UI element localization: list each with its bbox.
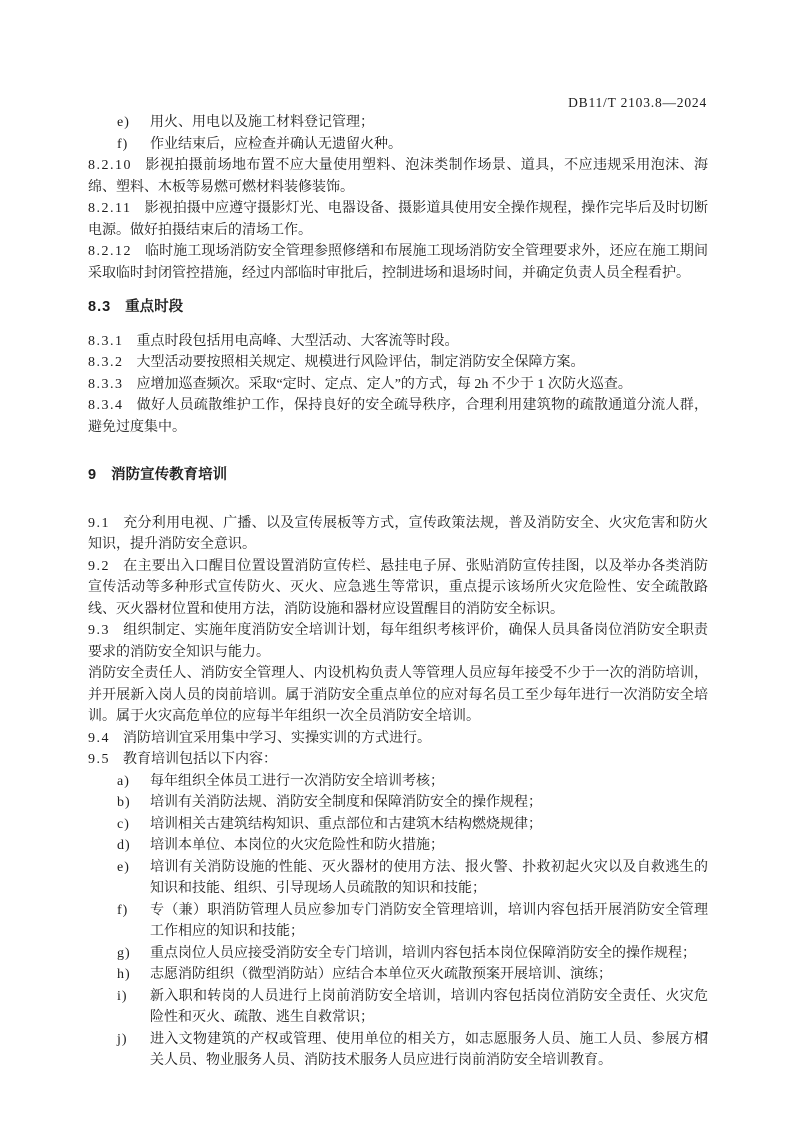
paragraph-text: 教育培训包括以下内容： bbox=[123, 752, 277, 767]
list-item-marker: j) bbox=[117, 1029, 150, 1072]
clause-number: 9.3 bbox=[88, 623, 110, 638]
list-item-text: 进入文物建筑的产权或管理、使用单位的相关方，如志愿服务人员、施工人员、参展方相关… bbox=[150, 1029, 708, 1072]
page-footer: 7 bbox=[702, 1027, 708, 1049]
page-number: 7 bbox=[702, 1030, 708, 1044]
paragraph: 9.3组织制定、实施年度消防安全培训计划，每年组织考核评价，确保人员具备岗位消防… bbox=[88, 620, 708, 663]
section-heading: 8.3重点时段 bbox=[88, 297, 708, 319]
paragraph-text: 在主要出入口醒目位置设置消防宣传栏、悬挂电子屏、张贴消防宣传挂图，以及举办各类消… bbox=[88, 559, 708, 617]
list-item-text: 新入职和转岗的人员进行上岗前消防安全培训，培训内容包括岗位消防安全责任、火灾危险… bbox=[150, 986, 708, 1029]
list-item: d)培训本单位、本岗位的火灾危险性和防火措施； bbox=[88, 835, 708, 857]
list-item: h)志愿消防组织（微型消防站）应结合本单位灭火疏散预案开展培训、演练； bbox=[88, 964, 708, 986]
list-item-marker: e) bbox=[117, 857, 150, 900]
paragraph: 8.3.2大型活动要按照相关规定、规模进行风险评估，制定消防安全保障方案。 bbox=[88, 352, 708, 374]
paragraph-text: 重点时段 bbox=[125, 299, 183, 315]
paragraph: 9.4消防培训宜采用集中学习、实操实训的方式进行。 bbox=[88, 728, 708, 750]
paragraph-text: 组织制定、实施年度消防安全培训计划，每年组织考核评价，确保人员具备岗位消防安全职… bbox=[88, 623, 708, 660]
paragraph-text: 消防安全责任人、消防安全管理人、内设机构负责人等管理人员应每年接受不少于一次的消… bbox=[88, 666, 708, 724]
list-item-marker: i) bbox=[117, 986, 150, 1029]
clause-number: 8.2.12 bbox=[88, 244, 132, 259]
list-item-text: 每年组织全体员工进行一次消防安全培训考核； bbox=[150, 771, 708, 793]
list-item-text: 作业结束后，应检查并确认无遗留火种。 bbox=[150, 134, 708, 156]
list-item: b)培训有关消防法规、消防安全制度和保障消防安全的操作规程； bbox=[88, 792, 708, 814]
paragraph-text: 大型活动要按照相关规定、规模进行风险评估，制定消防安全保障方案。 bbox=[137, 355, 585, 370]
list-item-marker: h) bbox=[117, 964, 150, 986]
list-item-text: 重点岗位人员应接受消防安全专门培训，培训内容包括本岗位保障消防安全的操作规程； bbox=[150, 943, 708, 965]
list-item: e)用火、用电以及施工材料登记管理； bbox=[88, 112, 708, 134]
list-item: a)每年组织全体员工进行一次消防安全培训考核； bbox=[88, 771, 708, 793]
list-item-text: 专（兼）职消防管理人员应参加专门消防安全管理培训，培训内容包括开展消防安全管理工… bbox=[150, 900, 708, 943]
clause-number: 9.4 bbox=[88, 731, 110, 746]
document-content: e)用火、用电以及施工材料登记管理；f)作业结束后，应检查并确认无遗留火种。8.… bbox=[88, 112, 708, 1072]
paragraph: 8.3.3应增加巡查频次。采取“定时、定点、定人”的方式，每 2h 不少于 1 … bbox=[88, 374, 708, 396]
paragraph: 9.2在主要出入口醒目位置设置消防宣传栏、悬挂电子屏、张贴消防宣传挂图，以及举办… bbox=[88, 556, 708, 621]
paragraph: 9.5教育培训包括以下内容： bbox=[88, 749, 708, 771]
clause-number: 8.2.11 bbox=[88, 201, 131, 216]
paragraph: 8.3.4做好人员疏散维护工作，保持良好的安全疏导秩序，合理利用建筑物的疏散通道… bbox=[88, 395, 708, 438]
page-header: DB11/T 2103.8—2024 bbox=[568, 92, 707, 114]
clause-number: 9 bbox=[88, 467, 97, 483]
list-item-text: 培训有关消防设施的性能、灭火器材的使用方法、报火警、扑救初起火灾以及自救逃生的知… bbox=[150, 857, 708, 900]
list-item: i)新入职和转岗的人员进行上岗前消防安全培训，培训内容包括岗位消防安全责任、火灾… bbox=[88, 986, 708, 1029]
section-heading: 9消防宣传教育培训 bbox=[88, 465, 708, 487]
list-item-marker: f) bbox=[117, 134, 150, 156]
clause-number: 9.5 bbox=[88, 752, 110, 767]
paragraph: 8.3.1重点时段包括用电高峰、大型活动、大客流等时段。 bbox=[88, 331, 708, 353]
list-item-marker: c) bbox=[117, 814, 150, 836]
list-item-text: 培训有关消防法规、消防安全制度和保障消防安全的操作规程； bbox=[150, 792, 708, 814]
paragraph-text: 影视拍摄前场地布置不应大量使用塑料、泡沫类制作场景、道具，不应违规采用泡沫、海绵… bbox=[88, 158, 708, 195]
paragraph-text: 重点时段包括用电高峰、大型活动、大客流等时段。 bbox=[137, 334, 459, 349]
paragraph-text: 影视拍摄中应遵守摄影灯光、电器设备、摄影道具使用安全操作规程，操作完毕后及时切断… bbox=[88, 201, 708, 238]
list-item-marker: b) bbox=[117, 792, 150, 814]
list-item-marker: g) bbox=[117, 943, 150, 965]
paragraph: 9.1充分利用电视、广播、以及宣传展板等方式，宣传政策法规，普及消防安全、火灾危… bbox=[88, 513, 708, 556]
list-item: f)专（兼）职消防管理人员应参加专门消防安全管理培训，培训内容包括开展消防安全管… bbox=[88, 900, 708, 943]
clause-number: 8.3.1 bbox=[88, 334, 124, 349]
paragraph-text: 消防宣传教育培训 bbox=[111, 467, 227, 483]
paragraph-text: 充分利用电视、广播、以及宣传展板等方式，宣传政策法规，普及消防安全、火灾危害和防… bbox=[88, 516, 708, 553]
list-item: f)作业结束后，应检查并确认无遗留火种。 bbox=[88, 134, 708, 156]
list-item-text: 培训相关古建筑结构知识、重点部位和古建筑木结构燃烧规律； bbox=[150, 814, 708, 836]
clause-number: 8.3 bbox=[88, 299, 111, 315]
paragraph: 消防安全责任人、消防安全管理人、内设机构负责人等管理人员应每年接受不少于一次的消… bbox=[88, 663, 708, 728]
clause-number: 9.2 bbox=[88, 559, 110, 574]
paragraph: 8.2.10影视拍摄前场地布置不应大量使用塑料、泡沫类制作场景、道具，不应违规采… bbox=[88, 155, 708, 198]
list-item-marker: a) bbox=[117, 771, 150, 793]
standard-number: DB11/T 2103.8—2024 bbox=[568, 95, 707, 110]
clause-number: 9.1 bbox=[88, 516, 110, 531]
clause-number: 8.2.10 bbox=[88, 158, 132, 173]
paragraph-text: 消防培训宜采用集中学习、实操实训的方式进行。 bbox=[123, 731, 431, 746]
paragraph: 8.2.11影视拍摄中应遵守摄影灯光、电器设备、摄影道具使用安全操作规程，操作完… bbox=[88, 198, 708, 241]
clause-number: 8.3.4 bbox=[88, 398, 124, 413]
list-item-marker: d) bbox=[117, 835, 150, 857]
list-item: e)培训有关消防设施的性能、灭火器材的使用方法、报火警、扑救初起火灾以及自救逃生… bbox=[88, 857, 708, 900]
list-item-marker: f) bbox=[117, 900, 150, 943]
list-item-text: 培训本单位、本岗位的火灾危险性和防火措施； bbox=[150, 835, 708, 857]
paragraph: 8.2.12临时施工现场消防安全管理参照修缮和布展施工现场消防安全管理要求外，还… bbox=[88, 241, 708, 284]
list-item-marker: e) bbox=[117, 112, 150, 134]
document-page: DB11/T 2103.8—2024 e)用火、用电以及施工材料登记管理；f)作… bbox=[0, 0, 793, 1123]
paragraph-text: 应增加巡查频次。采取“定时、定点、定人”的方式，每 2h 不少于 1 次防火巡查… bbox=[137, 377, 632, 392]
clause-number: 8.3.3 bbox=[88, 377, 124, 392]
paragraph-text: 临时施工现场消防安全管理参照修缮和布展施工现场消防安全管理要求外，还应在施工期间… bbox=[88, 244, 708, 281]
list-item: c)培训相关古建筑结构知识、重点部位和古建筑木结构燃烧规律； bbox=[88, 814, 708, 836]
list-item: j)进入文物建筑的产权或管理、使用单位的相关方，如志愿服务人员、施工人员、参展方… bbox=[88, 1029, 708, 1072]
list-item: g)重点岗位人员应接受消防安全专门培训，培训内容包括本岗位保障消防安全的操作规程… bbox=[88, 943, 708, 965]
list-item-text: 志愿消防组织（微型消防站）应结合本单位灭火疏散预案开展培训、演练； bbox=[150, 964, 708, 986]
clause-number: 8.3.2 bbox=[88, 355, 124, 370]
paragraph-text: 做好人员疏散维护工作，保持良好的安全疏导秩序，合理利用建筑物的疏散通道分流人群，… bbox=[88, 398, 708, 435]
list-item-text: 用火、用电以及施工材料登记管理； bbox=[150, 112, 708, 134]
